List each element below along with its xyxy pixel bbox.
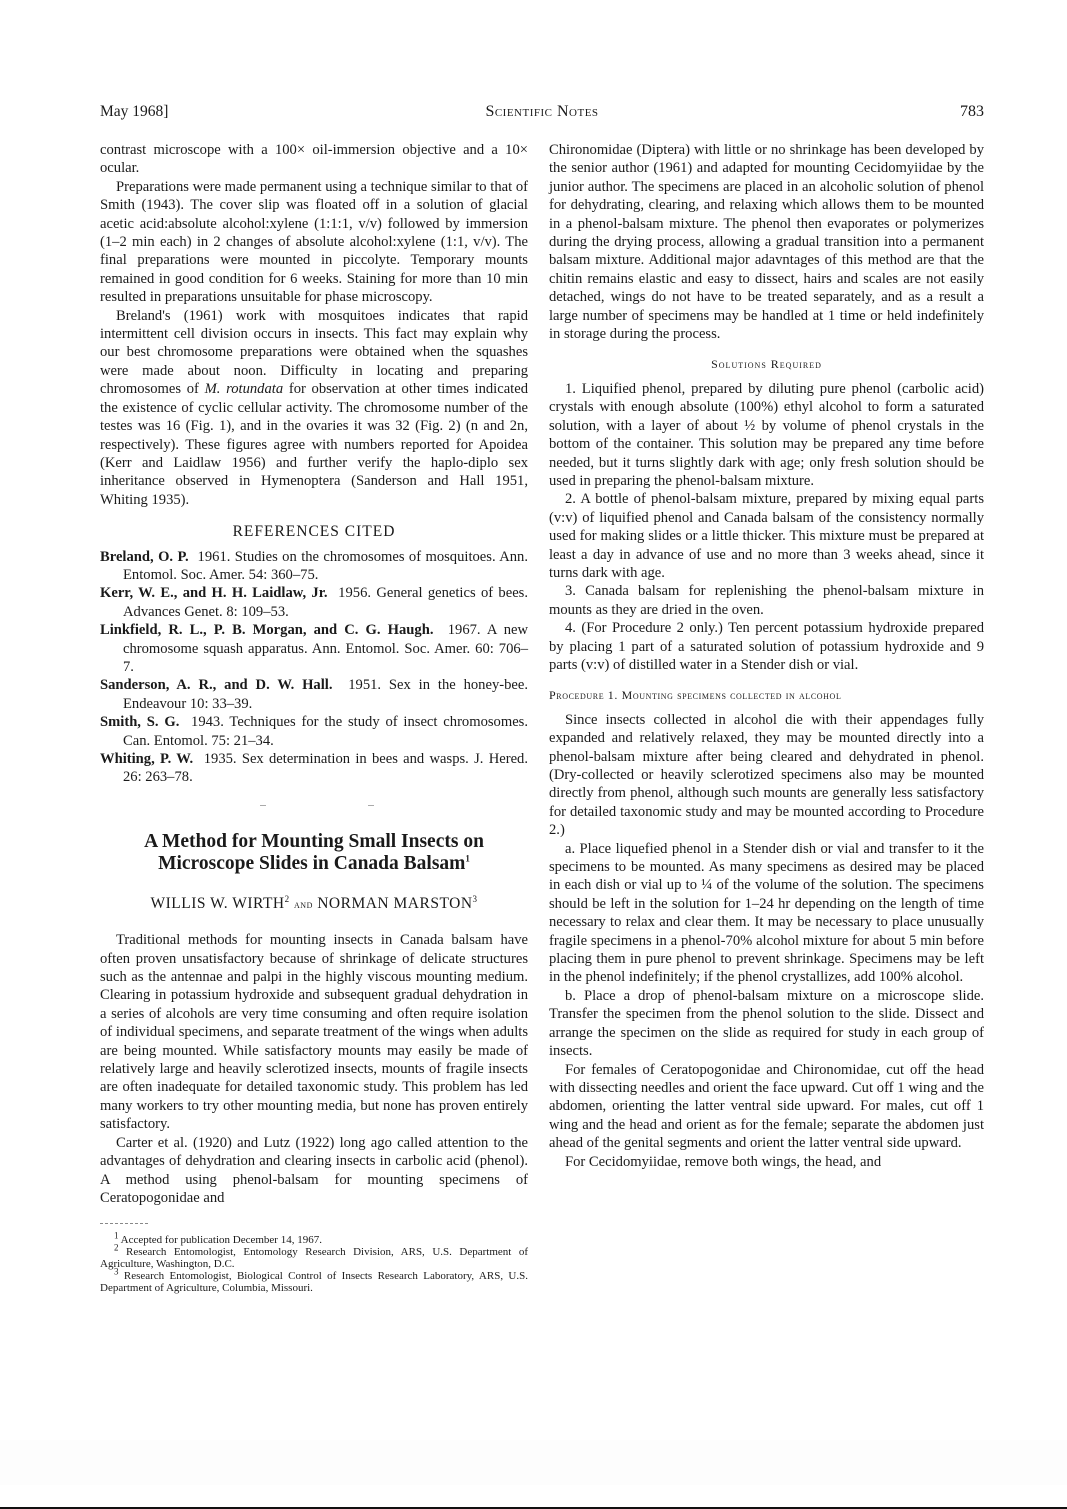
section-title: Scientific Notes xyxy=(100,103,984,121)
reference-item: Smith, S. G. 1943. Techniques for the st… xyxy=(100,713,528,750)
footnote: 3 Research Entomologist, Biological Cont… xyxy=(100,1270,528,1294)
footnote: 2 Research Entomologist, Entomology Rese… xyxy=(100,1246,528,1270)
paragraph: For Cecidomyiidae, remove both wings, th… xyxy=(549,1153,984,1171)
author-name: WILLIS W. WIRTH xyxy=(150,895,284,912)
reference-item: Kerr, W. E., and H. H. Laidlaw, Jr. 1956… xyxy=(100,584,528,621)
footnote-text: Research Entomologist, Entomology Resear… xyxy=(100,1246,528,1270)
references-heading: REFERENCES CITED xyxy=(100,523,528,541)
author-name: NORMAN MARSTON xyxy=(317,895,472,912)
paragraph: Carter et al. (1920) and Lutz (1922) lon… xyxy=(100,1134,528,1208)
article-title-line: Microscope Slides in Canada Balsam1 xyxy=(100,853,528,875)
right-column: Chironomidae (Diptera) with little or no… xyxy=(549,141,984,1171)
paragraph: Chironomidae (Diptera) with little or no… xyxy=(549,141,984,343)
footnote-marker: 2 xyxy=(114,1243,119,1253)
footnote-marker: 1 xyxy=(465,853,470,863)
author-conjunction: and xyxy=(294,897,313,911)
footnotes: 1 Accepted for publication December 14, … xyxy=(100,1234,528,1294)
reference-text: 1943. Techniques for the study of insect… xyxy=(123,714,528,748)
species-name: M. rotundata xyxy=(205,381,284,397)
article-title-text: Microscope Slides in Canada Balsam xyxy=(158,853,465,874)
reference-authors: Kerr, W. E., and H. H. Laidlaw, Jr. xyxy=(100,585,328,601)
paragraph: Preparations were made permanent using a… xyxy=(100,178,528,307)
page-number: 783 xyxy=(960,103,984,121)
solutions-heading: Solutions Required xyxy=(549,355,984,373)
reference-list: Breland, O. P. 1961. Studies on the chro… xyxy=(100,548,528,787)
footnote: 1 Accepted for publication December 14, … xyxy=(100,1234,528,1246)
paragraph: contrast microscope with a 100× oil-imme… xyxy=(100,141,528,178)
reference-authors: Breland, O. P. xyxy=(100,549,189,565)
article-authors: WILLIS W. WIRTH2 and NORMAN MARSTON3 xyxy=(100,895,528,913)
footnote-rule xyxy=(100,1223,148,1224)
footnote-marker: 3 xyxy=(114,1267,119,1277)
paragraph: Breland's (1961) work with mosquitoes in… xyxy=(100,307,528,509)
paragraph: For females of Ceratopogonidae and Chiro… xyxy=(549,1061,984,1153)
paragraph: a. Place liquefied phenol in a Stender d… xyxy=(549,840,984,987)
reference-authors: Linkfield, R. L., P. B. Morgan, and C. G… xyxy=(100,622,434,638)
reference-authors: Whiting, P. W. xyxy=(100,751,193,767)
reference-item: Breland, O. P. 1961. Studies on the chro… xyxy=(100,548,528,585)
solution-item: 1. Liquified phenol, prepared by dilutin… xyxy=(549,380,984,490)
footnote-marker: 1 xyxy=(114,1231,119,1241)
reference-item: Linkfield, R. L., P. B. Morgan, and C. G… xyxy=(100,621,528,676)
solution-item: 2. A bottle of phenol-balsam mixture, pr… xyxy=(549,490,984,582)
reference-item: Sanderson, A. R., and D. W. Hall. 1951. … xyxy=(100,676,528,713)
footnote-text: Accepted for publication December 14, 19… xyxy=(121,1234,322,1246)
reference-authors: Sanderson, A. R., and D. W. Hall. xyxy=(100,677,333,693)
scan-background-band xyxy=(0,1440,1067,1485)
article-title: A Method for Mounting Small Insects on M… xyxy=(100,831,528,875)
section-divider xyxy=(100,787,528,821)
paragraph: Since insects collected in alcohol die w… xyxy=(549,711,984,840)
article-title-line: A Method for Mounting Small Insects on xyxy=(100,831,528,853)
paragraph-text: for observation at other times indicated… xyxy=(100,381,528,507)
reference-authors: Smith, S. G. xyxy=(100,714,179,730)
paragraph: b. Place a drop of phenol-balsam mixture… xyxy=(549,987,984,1061)
left-column: contrast microscope with a 100× oil-imme… xyxy=(100,141,528,1294)
paragraph: Traditional methods for mounting insects… xyxy=(100,931,528,1133)
solution-item: 4. (For Procedure 2 only.) Ten percent p… xyxy=(549,619,984,674)
footnote-marker: 2 xyxy=(285,894,290,904)
reference-item: Whiting, P. W. 1935. Sex determination i… xyxy=(100,750,528,787)
footnote-marker: 3 xyxy=(473,894,478,904)
running-header: May 1968] Scientific Notes 783 xyxy=(100,103,984,125)
procedure-heading: Procedure 1. Mounting specimens collecte… xyxy=(549,686,984,704)
footnote-text: Research Entomologist, Biological Contro… xyxy=(100,1270,528,1294)
solution-item: 3. Canada balsam for replenishing the ph… xyxy=(549,582,984,619)
